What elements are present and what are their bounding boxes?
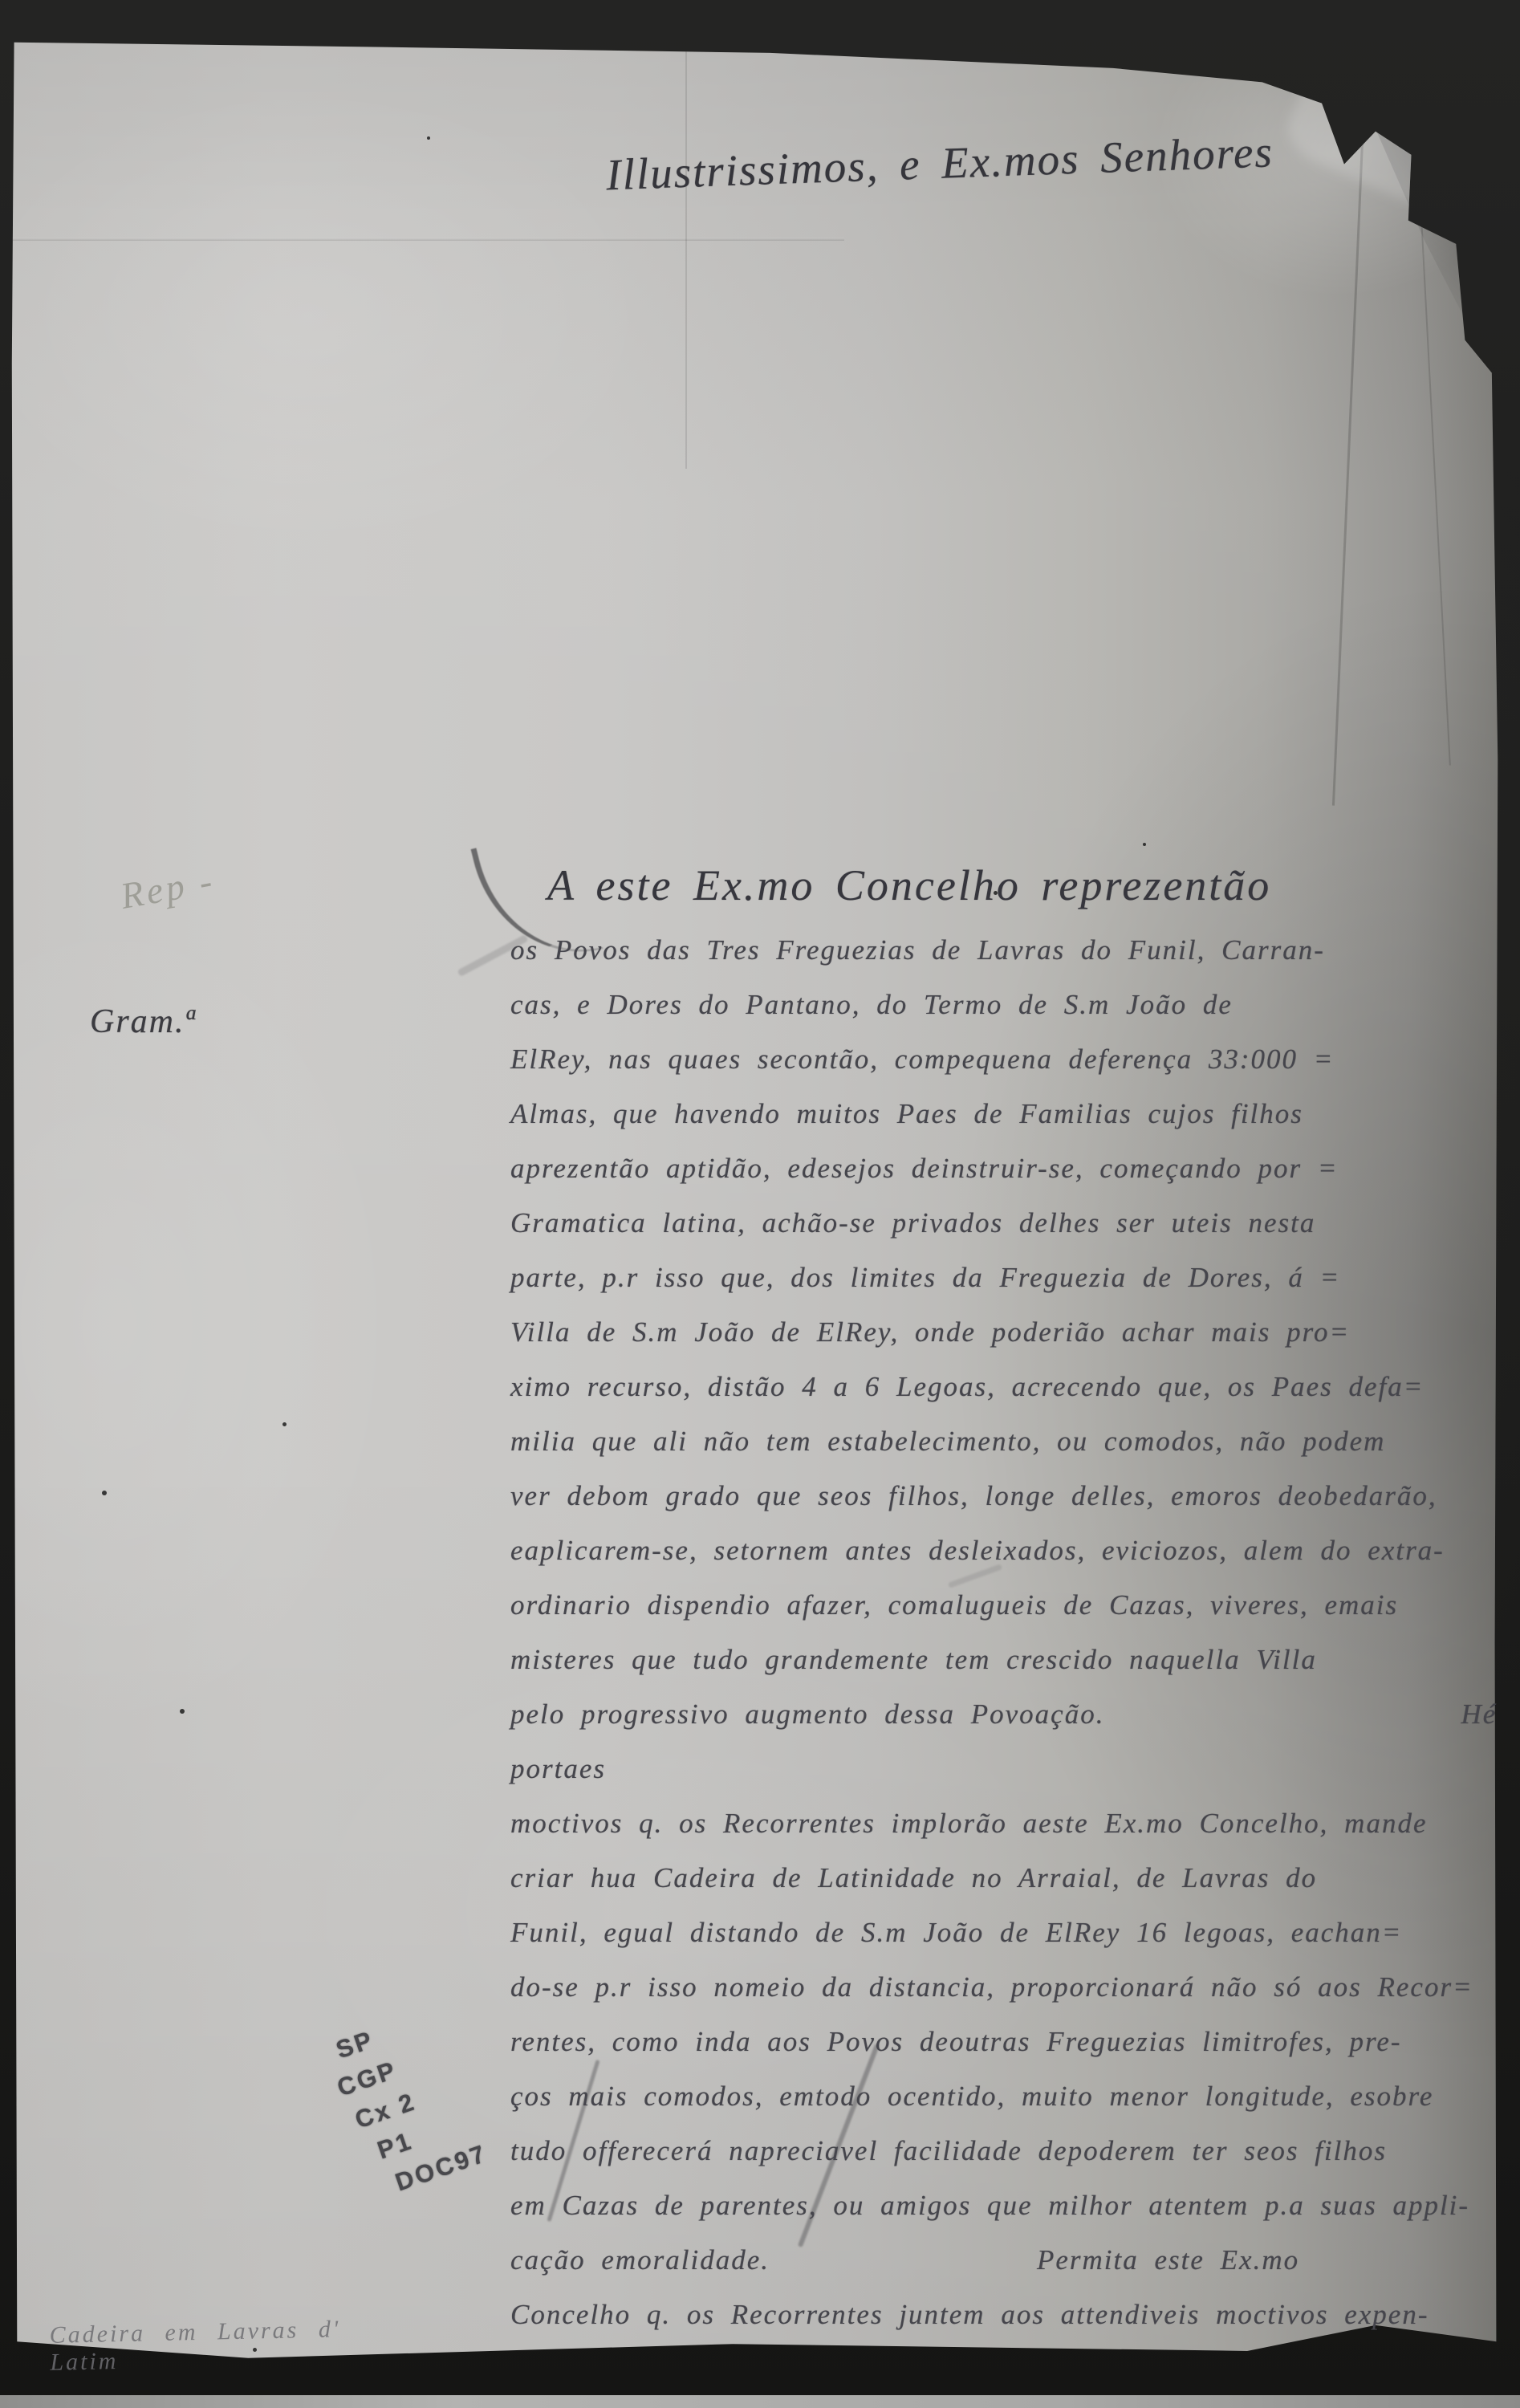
margin-note-gram: Gram.ª	[90, 1003, 196, 1040]
fold-crease-vertical	[685, 35, 687, 469]
manuscript-line: Gramatica latina, achão-se privados delh…	[510, 1196, 1506, 1251]
manuscript-line: ordinario dispendio afazer, comalugueis …	[510, 1578, 1506, 1633]
manuscript-line: pelo progressivo augmento dessa Povoação…	[510, 1687, 1506, 1796]
manuscript-line: Funil, egual distando de S.m João de ElR…	[510, 1906, 1506, 1960]
manuscript-line: em Cazas de parentes, ou amigos que milh…	[510, 2178, 1506, 2233]
manuscript-line: Concelho q. os Recorrentes juntem aos at…	[510, 2288, 1506, 2342]
manuscript-line: ElRey, nas quaes secontão, compequena de…	[510, 1032, 1506, 1087]
scanned-document: Illustrissimos, e Ex.mos Senhores Rep - …	[0, 0, 1520, 2408]
manuscript-line: eaplicarem-se, setornem antes desleixado…	[510, 1523, 1506, 1578]
manuscript-line: misteres que tudo grandemente tem cresci…	[510, 1633, 1506, 1687]
paper-speck	[180, 1709, 185, 1714]
fold-crease-horizontal	[10, 238, 844, 241]
manuscript-line: moctivos q. os Recorrentes implorão aest…	[510, 1796, 1506, 1851]
torn-corner-shadow	[1276, 35, 1501, 388]
manuscript-line: rentes, como inda aos Povos deoutras Fre…	[510, 2015, 1506, 2069]
catalog-note: Cadeira em Lavras d' Latim	[49, 2314, 419, 2377]
manuscript-line: ver debom grado que seos filhos, longe d…	[510, 1469, 1506, 1523]
paper-speck	[282, 1422, 287, 1426]
manuscript-body: A este Ex.mo Concelho reprezentãoos Povo…	[510, 848, 1506, 2342]
scanner-edge-strip	[0, 2395, 1520, 2408]
manuscript-line: criar hua Cadeira de Latinidade no Arrai…	[510, 1851, 1506, 1906]
paper-speck	[427, 136, 430, 140]
paper-speck	[102, 1491, 107, 1495]
manuscript-line: tudo offerecerá napreciavel facilidade d…	[510, 2124, 1506, 2178]
manuscript-line: cação emoralidade. Permita este Ex.mo	[510, 2233, 1506, 2288]
manuscript-line: aprezentão aptidão, edesejos deinstruir-…	[510, 1141, 1506, 1196]
manuscript-line: ços mais comodos, emtodo ocentido, muito…	[510, 2069, 1506, 2124]
manuscript-line: milia que ali não tem estabelecimento, o…	[510, 1414, 1506, 1469]
manuscript-line: Villa de S.m João de ElRey, onde poderiã…	[510, 1305, 1506, 1360]
manuscript-line: do-se p.r isso nomeio da distancia, prop…	[510, 1960, 1506, 2015]
manuscript-line: cas, e Dores do Pantano, do Termo de S.m…	[510, 978, 1506, 1032]
manuscript-line: ximo recurso, distão 4 a 6 Legoas, acrec…	[510, 1360, 1506, 1414]
manuscript-line: A este Ex.mo Concelho reprezentão	[510, 848, 1506, 923]
paper-speck	[1143, 843, 1146, 846]
manuscript-line: os Povos das Tres Freguezias de Lavras d…	[510, 923, 1506, 978]
manuscript-line: parte, p.r isso que, dos limites da Freg…	[510, 1251, 1506, 1305]
manuscript-line: Almas, que havendo muitos Paes de Famili…	[510, 1087, 1506, 1141]
